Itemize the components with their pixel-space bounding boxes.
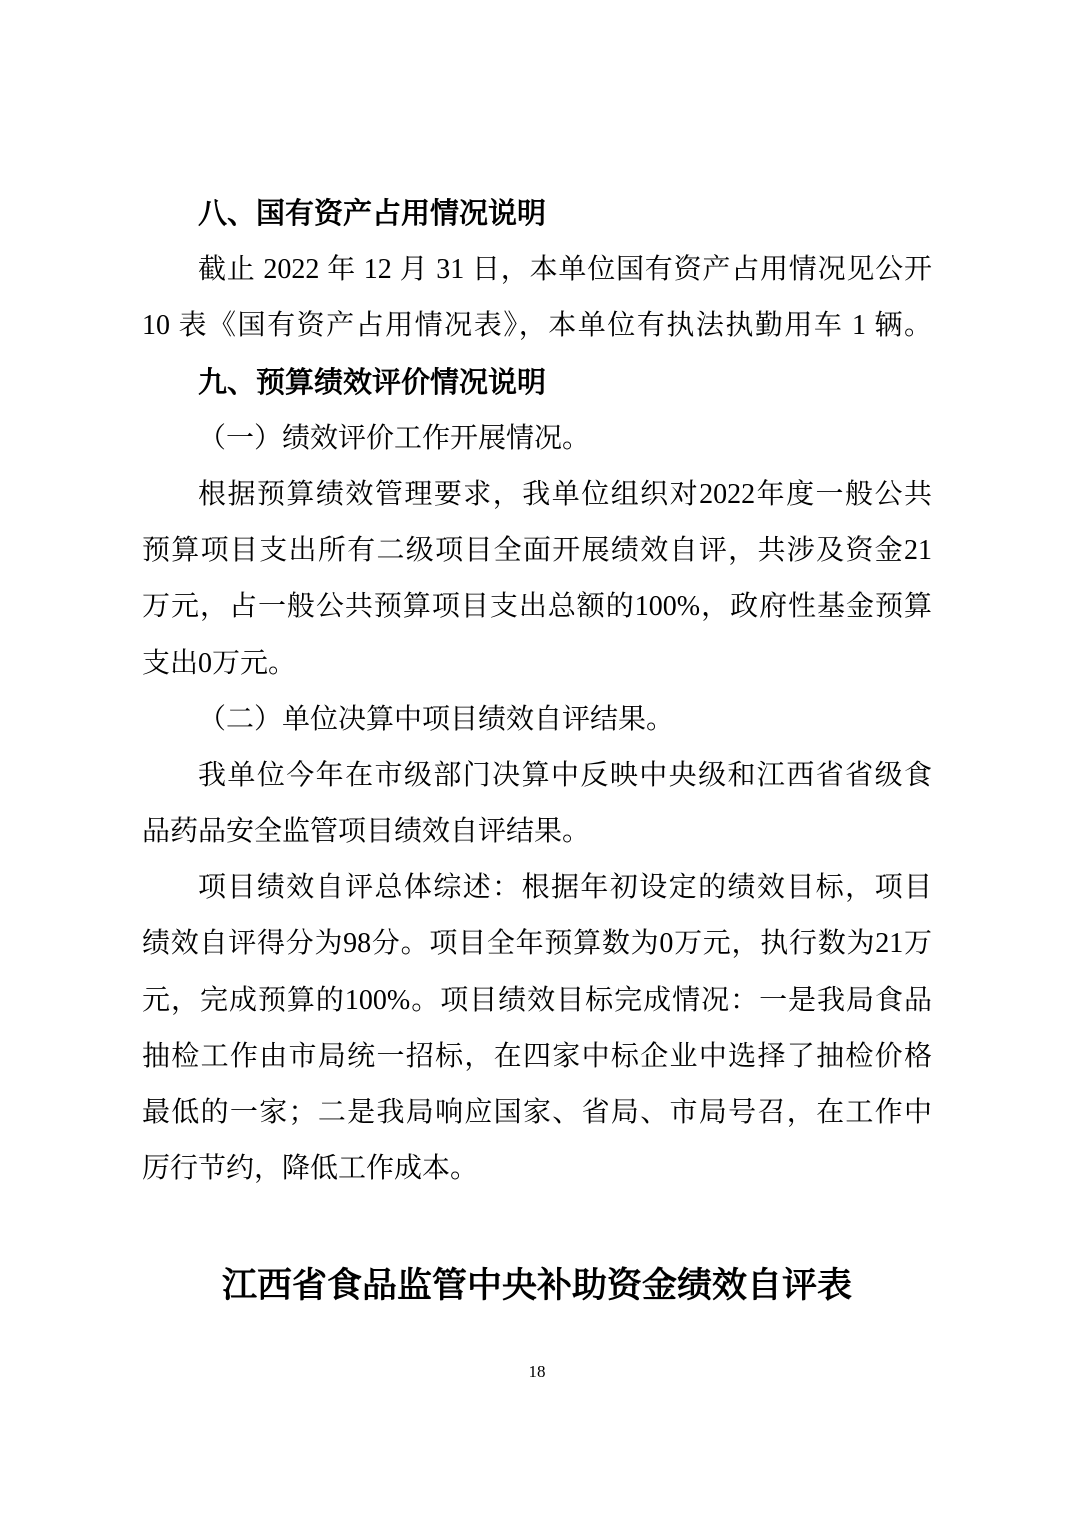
subheading-line: （一）绩效评价工作开展情况。 <box>142 411 932 467</box>
paragraph-line: 抽检工作由市局统一招标，在四家中标企业中选择了抽检价格 <box>142 1029 932 1085</box>
table-title: 江西省食品监管中央补助资金绩效自评表 <box>142 1258 932 1314</box>
paragraph-line: 元，完成预算的100%。项目绩效目标完成情况：一是我局食品 <box>142 973 932 1029</box>
paragraph-line: 截止 2022 年 12 月 31 日，本单位国有资产占用情况见公开 <box>142 242 932 298</box>
paragraph-line: 最低的一家；二是我局响应国家、省局、市局号召，在工作中 <box>142 1085 932 1141</box>
page-number: 18 <box>0 1362 1074 1382</box>
paragraph-line: 10 表《国有资产占用情况表》，本单位有执法执勤用车 1 辆。 <box>142 298 932 354</box>
section-heading-8: 八、国有资产占用情况说明 <box>142 186 932 242</box>
paragraph-line: 支出0万元。 <box>142 636 932 692</box>
paragraph-line: 绩效自评得分为98分。项目全年预算数为0万元，执行数为21万 <box>142 916 932 972</box>
paragraph-line: 品药品安全监管项目绩效自评结果。 <box>142 804 932 860</box>
paragraph-line: 万元，占一般公共预算项目支出总额的100%，政府性基金预算 <box>142 579 932 635</box>
paragraph-line: 项目绩效自评总体综述：根据年初设定的绩效目标，项目 <box>142 860 932 916</box>
paragraph-line: 厉行节约，降低工作成本。 <box>142 1141 932 1197</box>
paragraph-line: 根据预算绩效管理要求，我单位组织对2022年度一般公共 <box>142 467 932 523</box>
subheading-line: （二）单位决算中项目绩效自评结果。 <box>142 692 932 748</box>
paragraph-line: 我单位今年在市级部门决算中反映中央级和江西省省级食 <box>142 748 932 804</box>
section-heading-9: 九、预算绩效评价情况说明 <box>142 355 932 411</box>
document-page-content: 八、国有资产占用情况说明 截止 2022 年 12 月 31 日，本单位国有资产… <box>142 186 932 1314</box>
paragraph-line: 预算项目支出所有二级项目全面开展绩效自评，共涉及资金21 <box>142 523 932 579</box>
